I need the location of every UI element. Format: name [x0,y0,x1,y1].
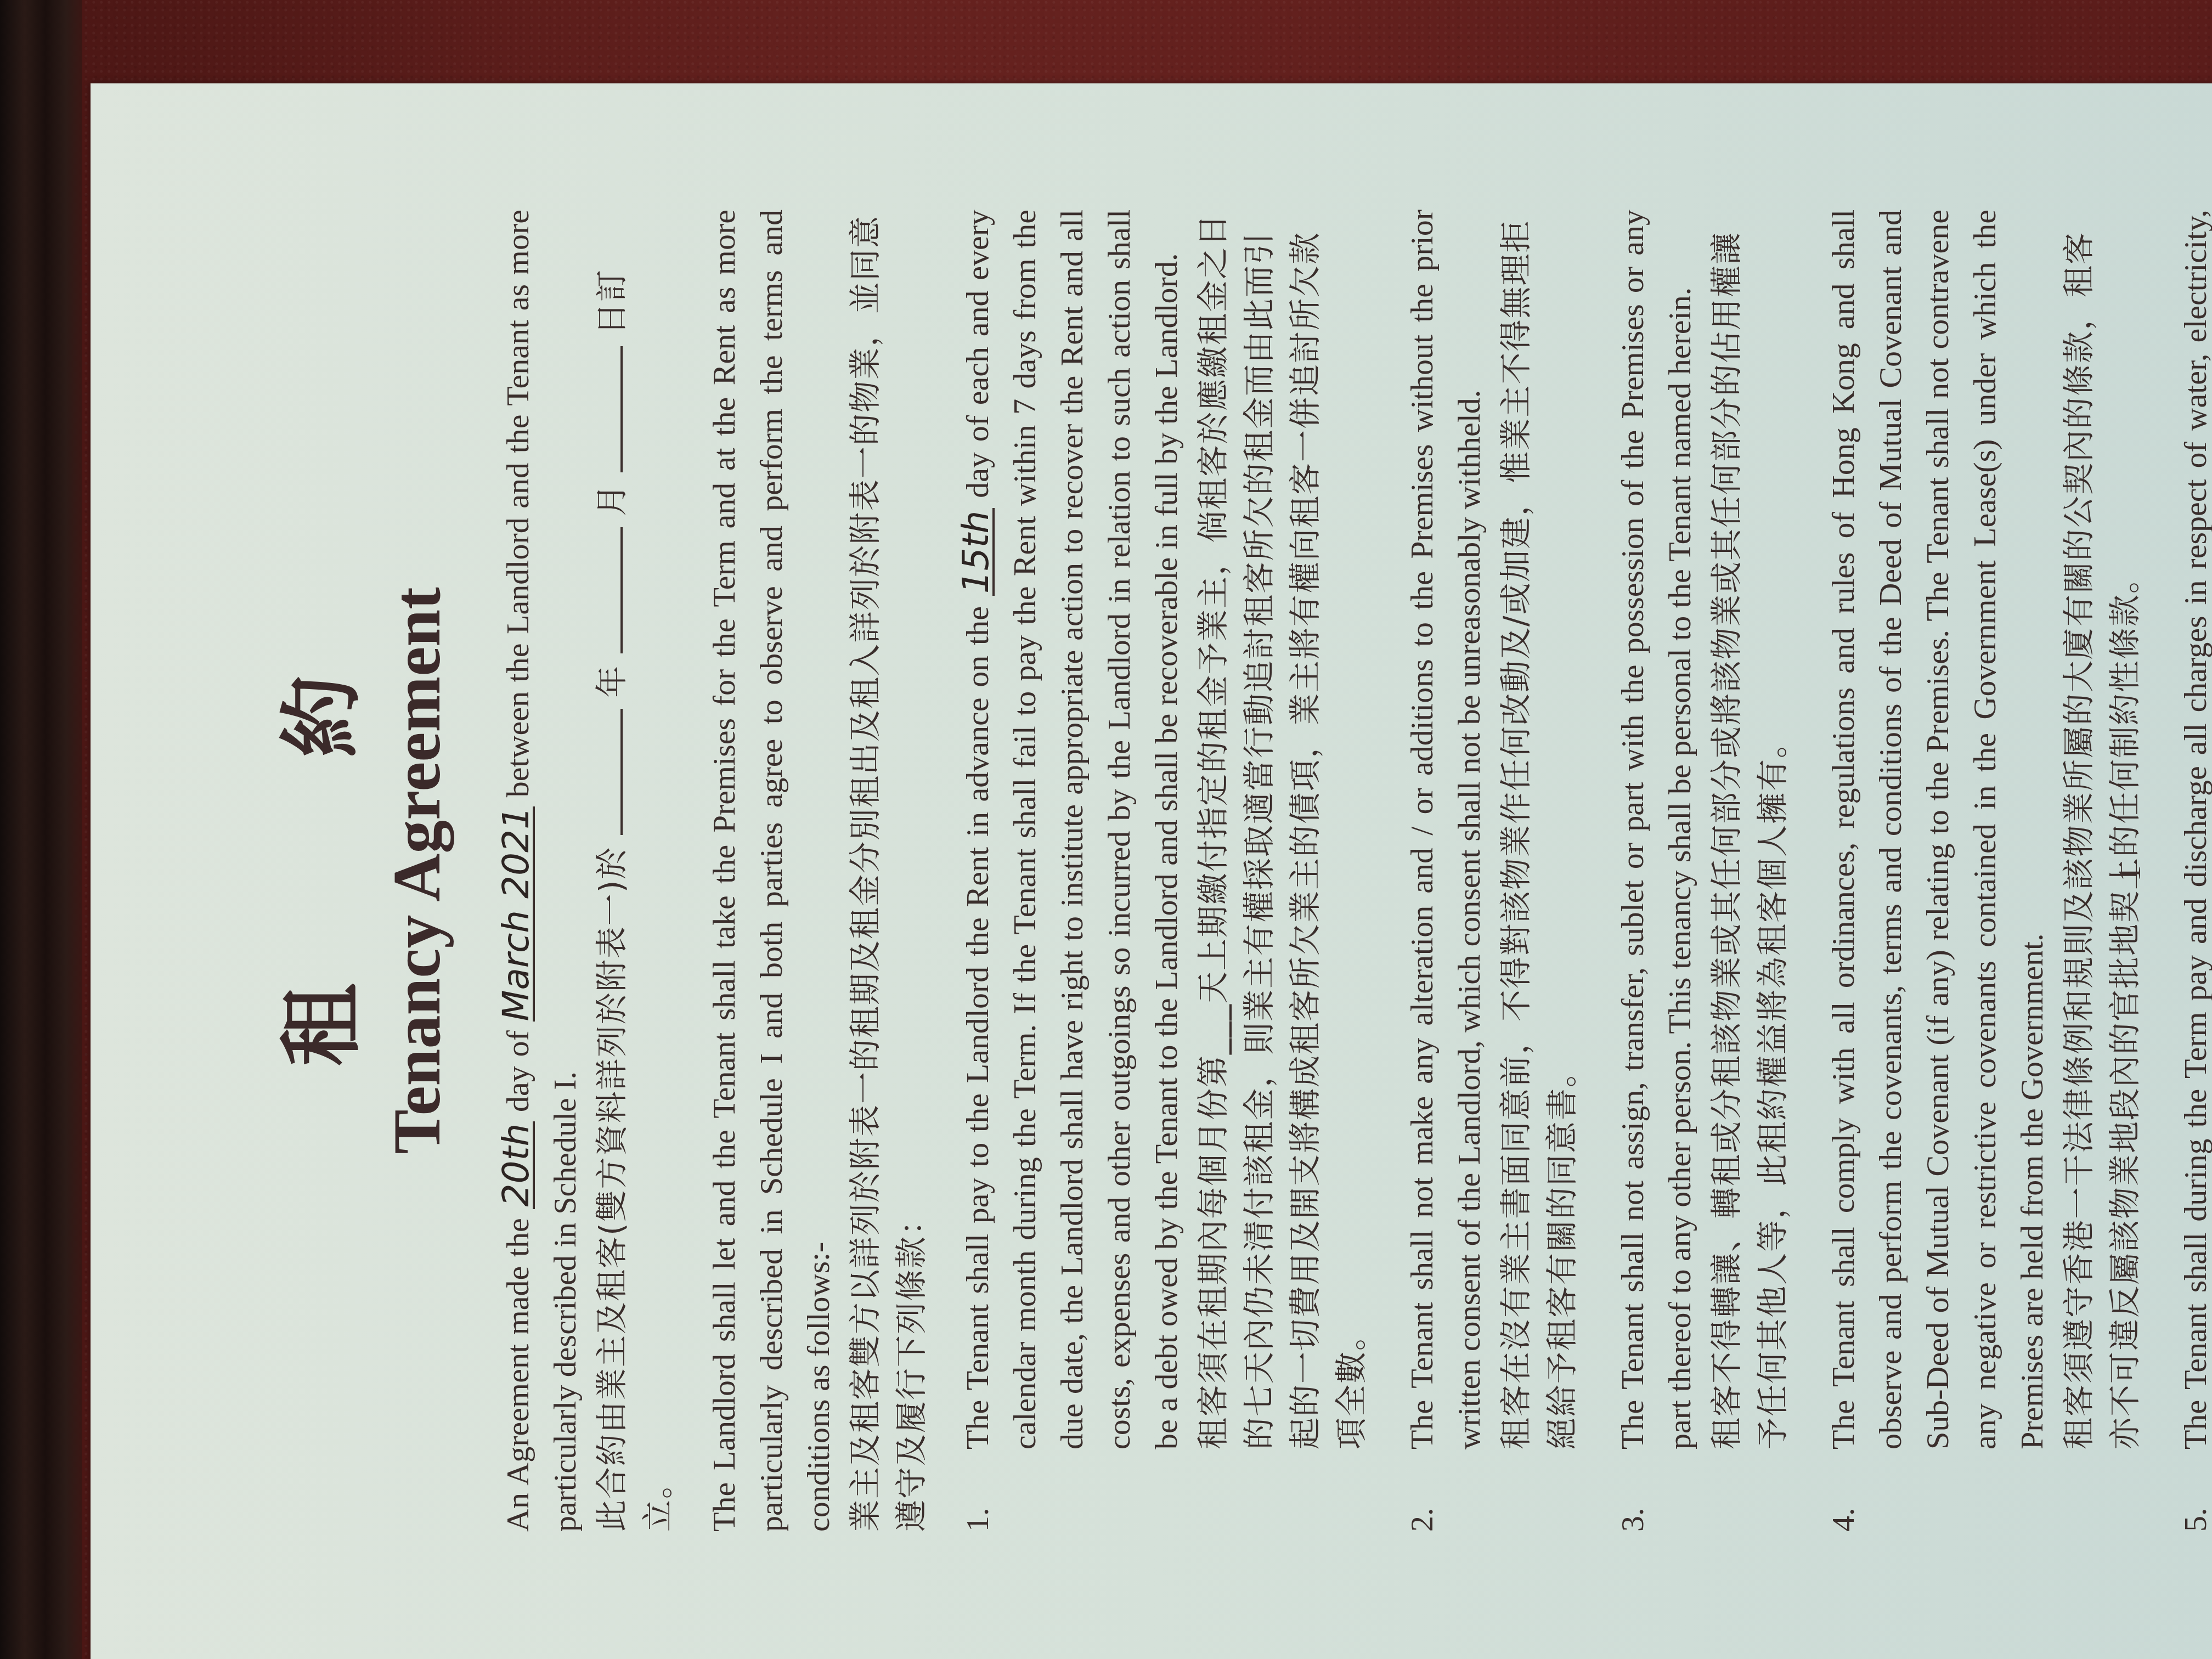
agreement-day-field[interactable]: 20th [500,1121,535,1209]
clause-number: 1. [954,1449,1374,1532]
clause-3: 3. The Tenant shall not assign, transfer… [1609,210,1796,1532]
clause-english: The Tenant shall during the Term pay and… [2172,210,2212,1449]
let-paragraph: The Landlord shall let and the Tenant sh… [701,210,934,1532]
rent-due-day-field[interactable]: 15th [960,508,995,596]
zh-day-field[interactable] [599,346,623,472]
clause-number: 3. [1609,1449,1796,1532]
clause-1: 1. The Tenant shall pay to the Landlord … [954,210,1374,1532]
let-english: The Landlord shall let and the Tenant sh… [701,210,842,1532]
zh-year-field[interactable] [599,709,623,835]
intro-paragraph: An Agreement made the 20th day of March … [494,210,681,1532]
intro-chinese: 此合約由業主及租客(雙方資料詳列於附表一)於 年 月 日訂立。 [589,210,681,1532]
title-english: Tenancy Agreement [379,210,456,1532]
clause-chinese: 租客不得轉讓、轉租或分租該物業或其任何部分或將該物業或其任何部分的佔用權讓予任何… [1703,210,1796,1449]
let-chinese: 業主及租客雙方以詳列於附表一的租期及租金分別租出及租入詳列於附表一的物業，並同意… [842,210,934,1532]
clause-number: 4. [1820,1449,2148,1532]
zh-month-field[interactable] [599,527,623,653]
clause-chinese: 租客在沒有業主書面同意前，不得對該物業作任何改動及/或加建，惟業主不得無理拒絕給… [1493,210,1585,1449]
clause-english: The Tenant shall not make any alteration… [1398,210,1493,1449]
tenancy-agreement-page: 租 約 Tenancy Agreement An Agreement made … [91,83,2212,1659]
clause-english: The Tenant shall pay to the Landlord the… [954,210,1190,1449]
document-photo: 租 約 Tenancy Agreement An Agreement made … [91,83,2212,1659]
page-number: 1 [2111,83,2148,1659]
clause-4: 4. The Tenant shall comply with all ordi… [1820,210,2148,1532]
leather-desk-edge [0,0,82,1659]
clause-number: 2. [1398,1449,1585,1532]
clause-2: 2. The Tenant shall not make any alterat… [1398,210,1585,1532]
clause-english: The Tenant shall comply with all ordinan… [1820,210,2056,1449]
clause-number: 5. [2172,1449,2212,1532]
title-chinese: 租 約 [255,210,374,1433]
clause-chinese: 租客須在租期內每個月份第___天上期繳付指定的租金予業主，倘租客於應繳租金之日的… [1190,210,1374,1449]
agreement-month-year-field[interactable]: March 2021 [500,806,535,1022]
clause-5: 5. The Tenant shall during the Term pay … [2172,210,2212,1532]
intro-english: An Agreement made the 20th day of March … [494,210,589,1532]
clause-english: The Tenant shall not assign, transfer, s… [1609,210,1703,1449]
